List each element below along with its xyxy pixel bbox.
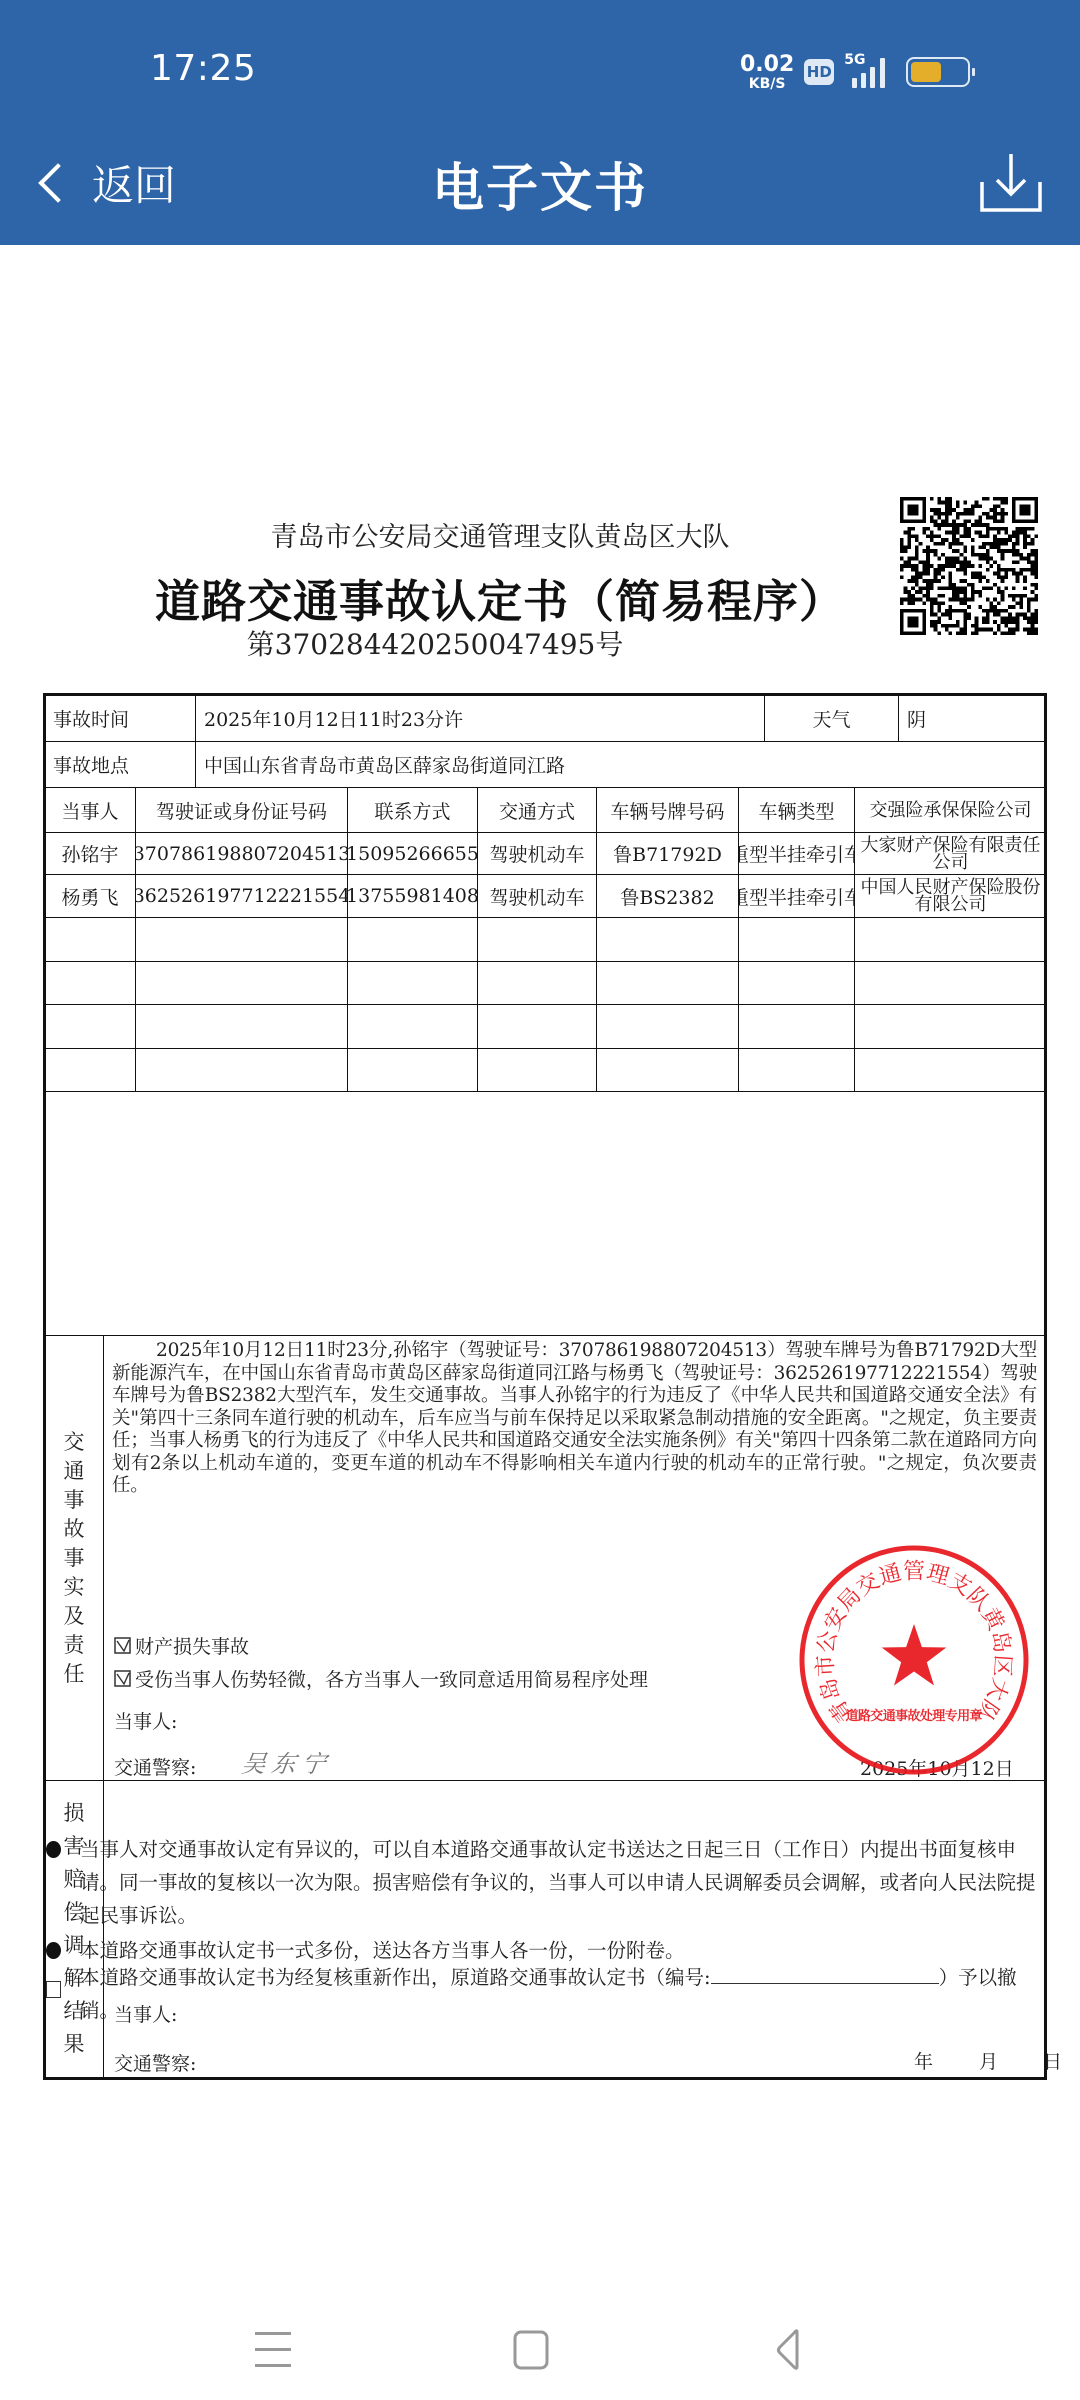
svg-text:故: 故: [907, 1708, 920, 1724]
police-sign-label: 交通警察:: [114, 1753, 196, 1780]
label-char: 故: [64, 1515, 85, 1544]
label-char: 损: [64, 1797, 85, 1830]
party-cell: 驾驶机动车: [477, 874, 597, 918]
recent-apps-button[interactable]: [243, 2316, 303, 2376]
party-cell: [738, 961, 855, 1005]
party-header-cell: 驾驶证或身份证号码: [135, 787, 348, 833]
label-char: 任: [64, 1660, 85, 1689]
accident-time-value: 2025年10月12日11时23分许: [195, 694, 765, 742]
svg-text:交: 交: [870, 1708, 883, 1724]
svg-text:管: 管: [903, 1560, 925, 1585]
party-cell: [477, 1004, 597, 1049]
home-button[interactable]: [501, 2316, 561, 2376]
download-button[interactable]: [978, 150, 1044, 216]
party-cell: [347, 917, 478, 962]
party-cell: [477, 961, 597, 1005]
notes: 当事人对交通事故认定有异议的，可以自本道路交通事故认定书送达之日起三日（工作日）…: [44, 1833, 1046, 2027]
label-char: 事: [64, 1486, 85, 1515]
signal-bar: [861, 73, 866, 88]
svg-text:章: 章: [969, 1708, 982, 1724]
damage-police-label: 交通警察:: [114, 2049, 196, 2076]
location-label: 事故地点: [44, 741, 196, 788]
svg-text:道: 道: [845, 1708, 858, 1724]
check-minor-injury-label: 受伤当事人伤势轻微，各方当事人一致同意适用简易程序处理: [135, 1669, 648, 1691]
party-header-cell: 联系方式: [347, 787, 478, 833]
bullet-icon: [46, 1942, 61, 1959]
accident-time-label: 事故时间: [44, 694, 196, 742]
party-sign-label: 当事人:: [114, 1707, 177, 1734]
status-time: 17:25: [150, 48, 256, 89]
qr-code: [900, 497, 1038, 635]
home-icon: [501, 2316, 561, 2376]
party-cell: 中国人民财产保险股份有限公司: [854, 874, 1047, 918]
party-header-cell: 交通方式: [477, 787, 597, 833]
hd-icon: HD: [804, 59, 834, 85]
original-number-blank: [711, 1964, 939, 1984]
party-cell: [347, 961, 478, 1005]
party-cell: 370786198807204513: [135, 832, 348, 875]
bullet-icon: [46, 1841, 61, 1858]
party-cell: [135, 1004, 348, 1049]
check-minor-injury-row: 受伤当事人伤势轻微，各方当事人一致同意适用简易程序处理: [114, 1665, 648, 1692]
svg-text:专: 专: [945, 1708, 958, 1724]
party-cell: [44, 1048, 136, 1092]
party-cell: [44, 961, 136, 1005]
party-cell: [738, 1048, 855, 1092]
network-speed: 0.02 KB/S: [740, 54, 794, 91]
note-item: 当事人对交通事故认定有异议的，可以自本道路交通事故认定书送达之日起三日（工作日）…: [44, 1833, 1046, 1932]
facts-label: 交通事故事实及责任: [44, 1335, 104, 1781]
party-cell: [44, 1004, 136, 1049]
party-cell: [596, 917, 739, 962]
party-cell: [477, 917, 597, 962]
battery-tip: [972, 68, 975, 76]
party-header-cell: 车辆号牌号码: [596, 787, 739, 833]
svg-text:区: 区: [989, 1654, 1015, 1678]
app-bar: 17:25 0.02 KB/S HD 5G 返回 电子文书: [0, 0, 1080, 245]
label-char: 事: [64, 1544, 85, 1573]
battery-level: [911, 62, 941, 82]
svg-text:用: 用: [957, 1709, 970, 1724]
svg-text:岛: 岛: [986, 1629, 1015, 1656]
party-cell: 驾驶机动车: [477, 832, 597, 875]
official-seal-stamp: 青岛市公安局交通管理支队黄岛区大队道路交通事故处理专用章: [796, 1542, 1032, 1778]
note-text: 本道路交通事故认定书一式多份，送达各方当事人各一份，一份附卷。: [80, 1939, 685, 1962]
party-cell: [135, 961, 348, 1005]
party-cell: 大家财产保险有限责任公司: [854, 832, 1047, 875]
party-cell: [738, 1004, 855, 1049]
party-cell: 杨勇飞: [44, 874, 136, 918]
party-cell: 362526197712221554: [135, 874, 348, 918]
svg-text:路: 路: [858, 1708, 871, 1724]
document-viewer[interactable]: 青岛市公安局交通管理支队黄岛区大队 道路交通事故认定书（简易程序） 第37028…: [0, 245, 1080, 2245]
weather-value: 阴: [898, 694, 1046, 742]
party-cell: 13755981408: [347, 874, 478, 918]
party-cell: [135, 917, 348, 962]
doc-number: 第370284420250047495号: [0, 623, 870, 663]
party-cell: [738, 917, 855, 962]
nav-back-button[interactable]: [757, 2316, 817, 2376]
facts-text: 2025年10月12日11时23分,孙铭宇（驾驶证号：3707861988072…: [112, 1340, 1037, 1498]
check-property-label: 财产损失事故: [135, 1636, 249, 1658]
label-char: 交: [64, 1428, 85, 1457]
party-cell: 鲁BS2382: [596, 874, 739, 918]
party-cell: 孙铭宇: [44, 832, 136, 875]
date-month: 月: [979, 2047, 998, 2074]
date-day: 日: [1043, 2047, 1062, 2074]
back-triangle-icon: [757, 2316, 817, 2376]
party-header-cell: 交强险承保保险公司: [854, 787, 1047, 833]
svg-text:处: 处: [919, 1708, 933, 1724]
party-cell: [44, 917, 136, 962]
svg-text:通: 通: [883, 1708, 896, 1724]
party-cell: 重型半挂牵引车: [738, 832, 855, 875]
label-char: 实: [64, 1573, 85, 1602]
network-speed-value: 0.02: [740, 54, 794, 76]
date-year: 年: [914, 2047, 933, 2074]
party-cell: [596, 961, 739, 1005]
location-value: 中国山东省青岛市黄岛区薛家岛街道同江路: [195, 741, 1046, 788]
signal-bar: [852, 78, 857, 88]
weather-label: 天气: [764, 694, 899, 742]
download-icon: [978, 150, 1044, 216]
party-cell: [854, 1048, 1047, 1092]
party-cell: [135, 1048, 348, 1092]
signal-5g-icon: 5G: [844, 54, 890, 90]
check-property-row: 财产损失事故: [114, 1632, 249, 1659]
party-header-cell: 当事人: [44, 787, 136, 833]
facts-section: 2025年10月12日11时23分,孙铭宇（驾驶证号：3707861988072…: [103, 1335, 1046, 1781]
network-type: 5G: [844, 52, 865, 68]
police-signature: 吴东宁: [240, 1744, 335, 1779]
signal-bar: [870, 67, 875, 88]
checkbox-checked-icon: [114, 1636, 135, 1658]
party-cell: [854, 961, 1047, 1005]
checkbox-checked-icon: [114, 1669, 135, 1691]
battery-icon: [906, 57, 970, 87]
checkbox-empty-icon[interactable]: [46, 1981, 61, 1998]
party-cell: [854, 1004, 1047, 1049]
svg-text:事: 事: [895, 1708, 908, 1724]
note-review-prefix: 本道路交通事故认定书为经复核重新作出，原道路交通事故认定书（编号:: [80, 1966, 711, 1989]
party-cell: [854, 917, 1047, 962]
doc-agency: 青岛市公安局交通管理支队黄岛区大队: [0, 515, 1000, 554]
party-cell: [347, 1004, 478, 1049]
menu-icon: [243, 2316, 303, 2376]
party-cell: [596, 1004, 739, 1049]
svg-text:市: 市: [813, 1654, 839, 1678]
party-header-cell: 车辆类型: [738, 787, 855, 833]
party-cell: 15095266655: [347, 832, 478, 875]
label-char: 责: [64, 1631, 85, 1660]
network-speed-unit: KB/S: [749, 77, 786, 91]
label-char: 果: [64, 2028, 85, 2061]
status-icons: 0.02 KB/S HD 5G: [740, 52, 970, 92]
party-cell: [477, 1048, 597, 1092]
label-char: 通: [64, 1457, 85, 1486]
note-item-review: 本道路交通事故认定书为经复核重新作出，原道路交通事故认定书（编号:）予以撤销。: [44, 1961, 1046, 2027]
note-text: 当事人对交通事故认定有异议的，可以自本道路交通事故认定书送达之日起三日（工作日）…: [80, 1838, 1036, 1927]
party-cell: 重型半挂牵引车: [738, 874, 855, 918]
party-cell: [347, 1048, 478, 1092]
party-cell: 鲁B71792D: [596, 832, 739, 875]
signal-bar: [880, 58, 885, 88]
doc-title: 道路交通事故认定书（简易程序）: [0, 565, 1000, 630]
label-char: 及: [64, 1602, 85, 1631]
party-cell: [596, 1048, 739, 1092]
system-nav-bar: [0, 2290, 1080, 2400]
page-title: 电子文书: [0, 146, 1080, 221]
